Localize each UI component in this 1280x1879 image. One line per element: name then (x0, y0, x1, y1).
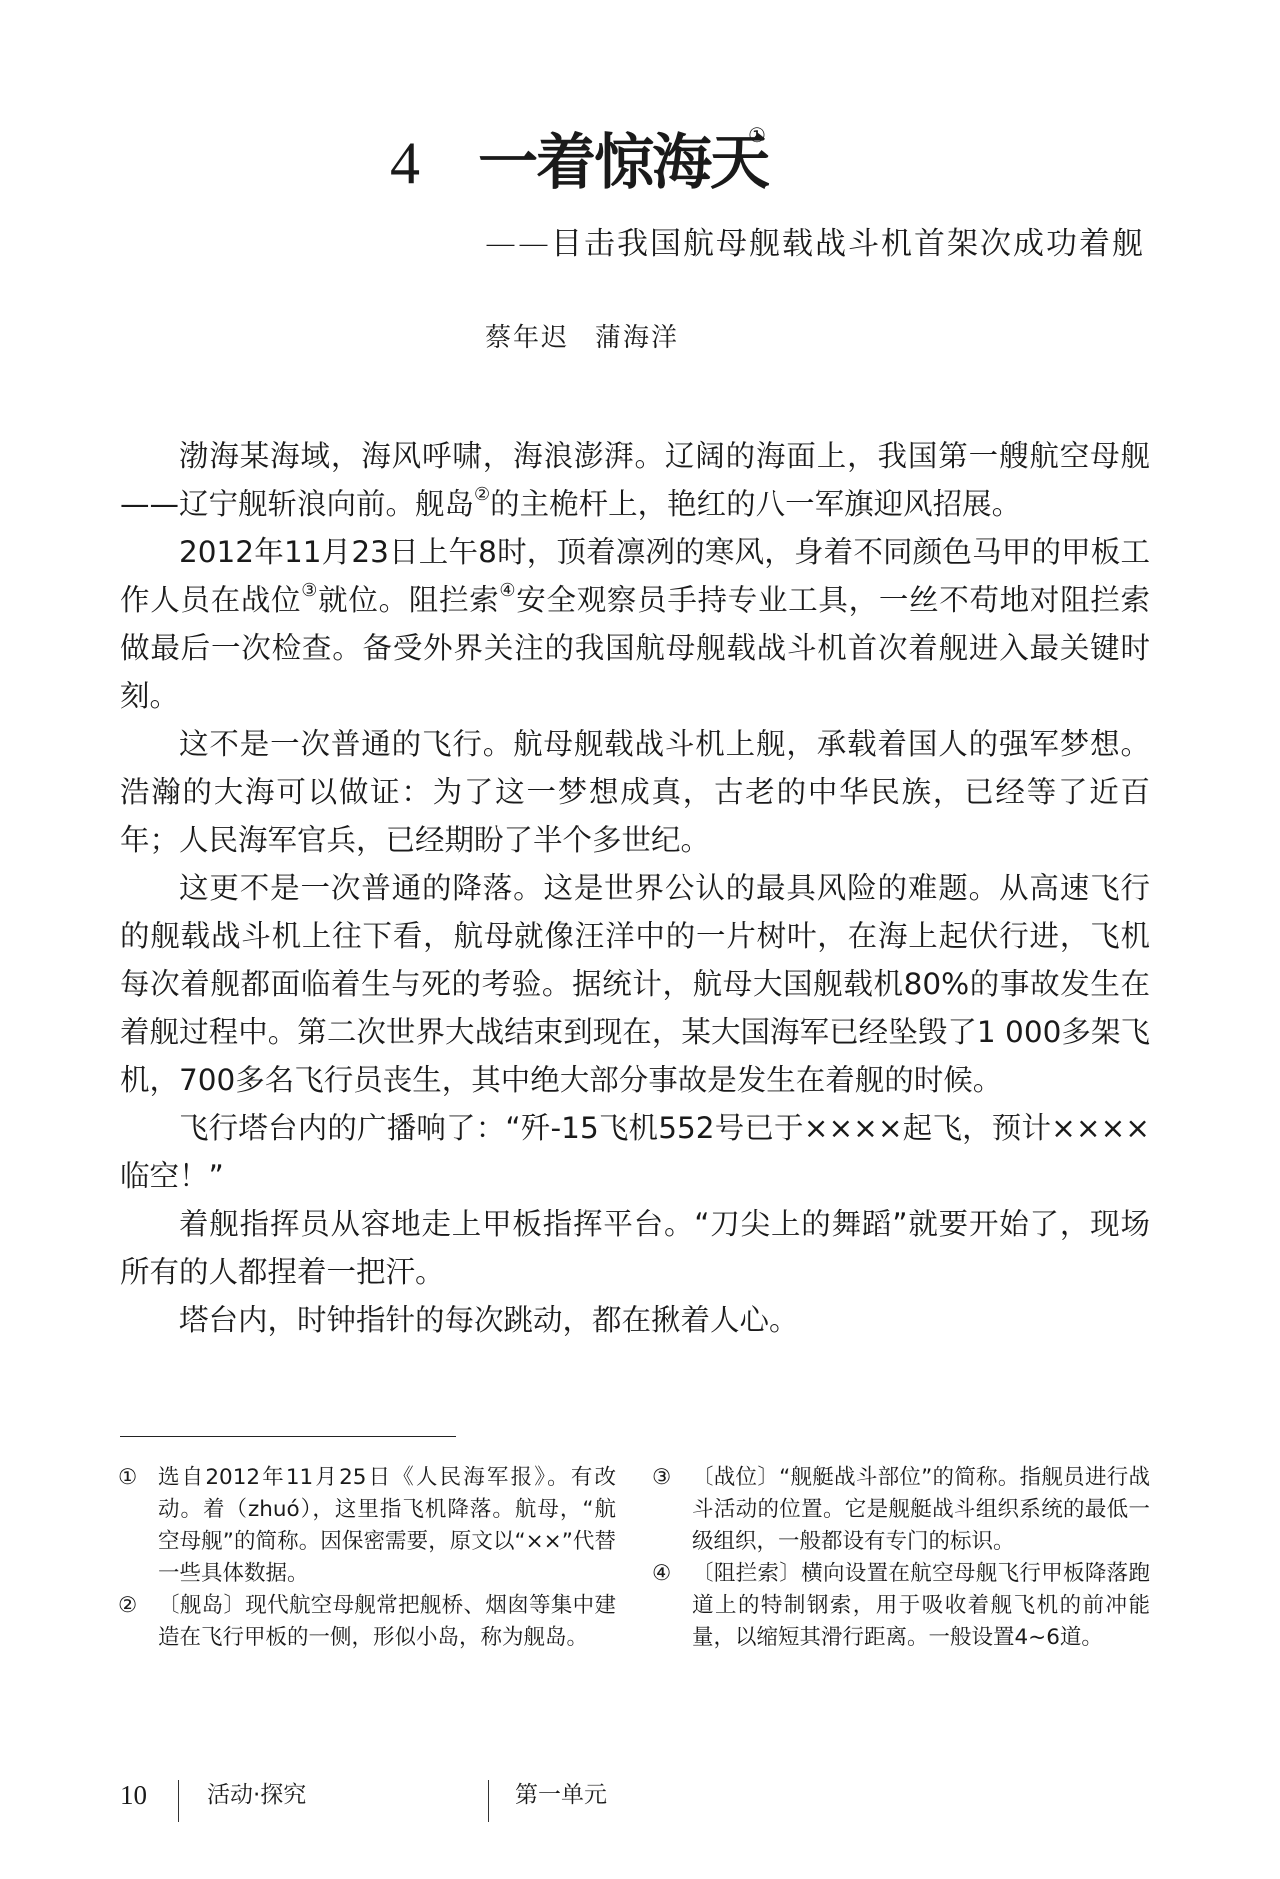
footnote-3: ③〔战位〕“舰艇战斗部位”的简称。指舰员进行战斗活动的位置。它是舰艇战斗组织系统… (652, 1462, 1150, 1558)
footnotes-column-left: ①选自2012年11月25日《人民海军报》。有改动。着（zhuó），这里指飞机降… (118, 1462, 616, 1654)
footer-divider (178, 1780, 179, 1822)
footnote-text: 〔阻拦索〕横向设置在航空母舰飞行甲板降落跑道上的特制钢索，用于吸收着舰飞机的前冲… (692, 1561, 1150, 1650)
paragraph-7: 塔台内，时钟指针的每次跳动，都在揪着人心。 (120, 1296, 1150, 1344)
footnote-mark: ③ (652, 1462, 671, 1494)
footnotes-column-right: ③〔战位〕“舰艇战斗部位”的简称。指舰员进行战斗活动的位置。它是舰艇战斗组织系统… (652, 1462, 1150, 1654)
paragraph-text: 的主桅杆上，艳红的八一军旗迎风招展。 (490, 487, 1021, 521)
footnote-ref-2: ② (474, 484, 490, 505)
paragraph-5: 飞行塔台内的广播响了：“歼-15飞机552号已于××××起飞，预计××××临空！… (120, 1104, 1150, 1200)
footnote-text: 选自2012年11月25日《人民海军报》。有改动。着（zhuó），这里指飞机降落… (158, 1465, 616, 1586)
author-1: 蔡年迟 (485, 323, 569, 353)
footnote-ref-4: ④ (499, 580, 516, 601)
lesson-number: 4 (390, 128, 420, 198)
paragraph-2: 2012年11月23日上午8时，顶着凛冽的寒风，身着不同颜色马甲的甲板工作人员在… (120, 528, 1150, 720)
footnote-1: ①选自2012年11月25日《人民海军报》。有改动。着（zhuó），这里指飞机降… (118, 1462, 616, 1590)
page-number: 10 (120, 1778, 147, 1812)
paragraph-3: 这不是一次普通的飞行。航母舰载战斗机上舰，承载着国人的强军梦想。浩瀚的大海可以做… (120, 720, 1150, 864)
footnote-mark: ① (118, 1462, 137, 1494)
article-body: 渤海某海域，海风呼啸，海浪澎湃。辽阔的海面上，我国第一艘航空母舰——辽宁舰斩浪向… (120, 432, 1150, 1344)
footnote-2: ②〔舰岛〕现代航空母舰常把舰桥、烟囱等集中建造在飞行甲板的一侧，形似小岛，称为舰… (118, 1590, 616, 1654)
footnote-mark: ② (118, 1590, 137, 1622)
footer-divider (488, 1780, 489, 1822)
footnote-text: 〔舰岛〕现代航空母舰常把舰桥、烟囱等集中建造在飞行甲板的一侧，形似小岛，称为舰岛… (158, 1593, 616, 1650)
subtitle: ——目击我国航母舰载战斗机首架次成功着舰 (485, 224, 1145, 264)
footer-unit-label: 第一单元 (515, 1778, 607, 1812)
author-2: 蒲海洋 (595, 323, 679, 353)
authors: 蔡年迟蒲海洋 (485, 320, 679, 356)
footnote-divider (120, 1436, 456, 1437)
paragraph-text: 就位。阻拦索 (318, 583, 499, 617)
paragraph-4: 这更不是一次普通的降落。这是世界公认的最具风险的难题。从高速飞行的舰载战斗机上往… (120, 864, 1150, 1104)
footnote-mark: ④ (652, 1558, 671, 1590)
footer-section-label: 活动·探究 (207, 1778, 306, 1812)
paragraph-1: 渤海某海域，海风呼啸，海浪澎湃。辽阔的海面上，我国第一艘航空母舰——辽宁舰斩浪向… (120, 432, 1150, 528)
footnote-text: 〔战位〕“舰艇战斗部位”的简称。指舰员进行战斗活动的位置。它是舰艇战斗组织系统的… (692, 1465, 1150, 1554)
footnote-4: ④〔阻拦索〕横向设置在航空母舰飞行甲板降落跑道上的特制钢索，用于吸收着舰飞机的前… (652, 1558, 1150, 1654)
paragraph-6: 着舰指挥员从容地走上甲板指挥平台。“刀尖上的舞蹈”就要开始了，现场所有的人都捏着… (120, 1200, 1150, 1296)
page-title: 一着惊海天 (478, 128, 768, 198)
footnote-ref-3: ③ (301, 580, 318, 601)
title-footnote-mark: ① (748, 124, 766, 146)
